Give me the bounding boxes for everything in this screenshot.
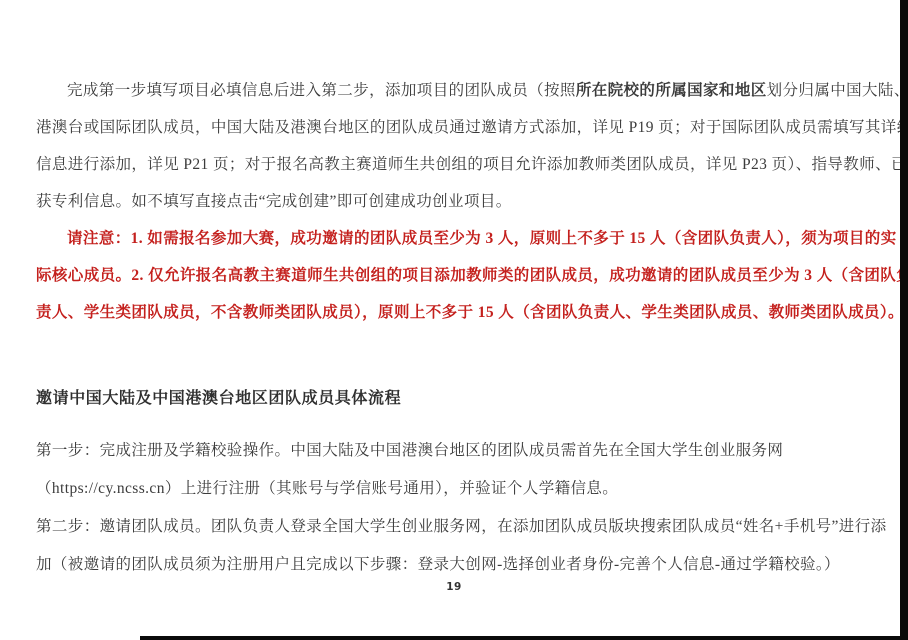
notice-paragraph: 请注意：1. 如需报名参加大赛，成功邀请的团队成员至少为 3 人，原则上不多于 … [36,220,878,331]
intro-line-1-pre: 完成第一步填写项目必填信息后进入第二步，添加项目的团队成员（按照 [67,82,576,99]
intro-line-4: 获专利信息。如不填写直接点击“完成创建”即可创建成功创业项目。 [36,183,878,220]
step2-line-1: 第二步：邀请团队成员。团队负责人登录全国大学生创业服务网，在添加团队成员版块搜索… [36,508,878,546]
right-edge-bar [900,0,908,640]
intro-line-2: 港澳台或国际团队成员，中国大陆及港澳台地区的团队成员通过邀请方式添加，详见 P1… [36,109,878,146]
step2-paragraph: 第二步：邀请团队成员。团队负责人登录全国大学生创业服务网，在添加团队成员版块搜索… [36,508,878,583]
step2-line-2: 加（被邀请的团队成员须为注册用户且完成以下步骤：登录大创网-选择创业者身份-完善… [36,546,878,584]
intro-line-1: 完成第一步填写项目必填信息后进入第二步，添加项目的团队成员（按照所在院校的所属国… [36,72,878,109]
step1-line-2: （https://cy.ncss.cn）上进行注册（其账号与学信账号通用），并验… [36,470,878,508]
intro-line-1-post: 划分归属中国大陆、 [767,82,908,99]
bottom-edge-bar [140,636,908,640]
intro-line-3: 信息进行添加，详见 P21 页；对于报名高教主赛道师生共创组的项目允许添加教师类… [36,146,878,183]
section-heading: 邀请中国大陆及中国港澳台地区团队成员具体流程 [36,382,401,416]
document-page: 完成第一步填写项目必填信息后进入第二步，添加项目的团队成员（按照所在院校的所属国… [0,0,908,640]
notice-line-2: 际核心成员。2. 仅允许报名高教主赛道师生共创组的项目添加教师类的团队成员，成功… [36,257,878,294]
step1-line-1: 第一步：完成注册及学籍校验操作。中国大陆及中国港澳台地区的团队成员需首先在全国大… [36,432,878,470]
intro-line-1-bold: 所在院校的所属国家和地区 [576,82,767,99]
notice-line-3: 责人、学生类团队成员，不含教师类团队成员），原则上不多于 15 人（含团队负责人… [36,294,878,331]
intro-paragraph: 完成第一步填写项目必填信息后进入第二步，添加项目的团队成员（按照所在院校的所属国… [36,72,878,220]
page-number: 19 [0,581,908,593]
notice-line-1: 请注意：1. 如需报名参加大赛，成功邀请的团队成员至少为 3 人，原则上不多于 … [36,220,878,257]
step1-paragraph: 第一步：完成注册及学籍校验操作。中国大陆及中国港澳台地区的团队成员需首先在全国大… [36,432,878,507]
